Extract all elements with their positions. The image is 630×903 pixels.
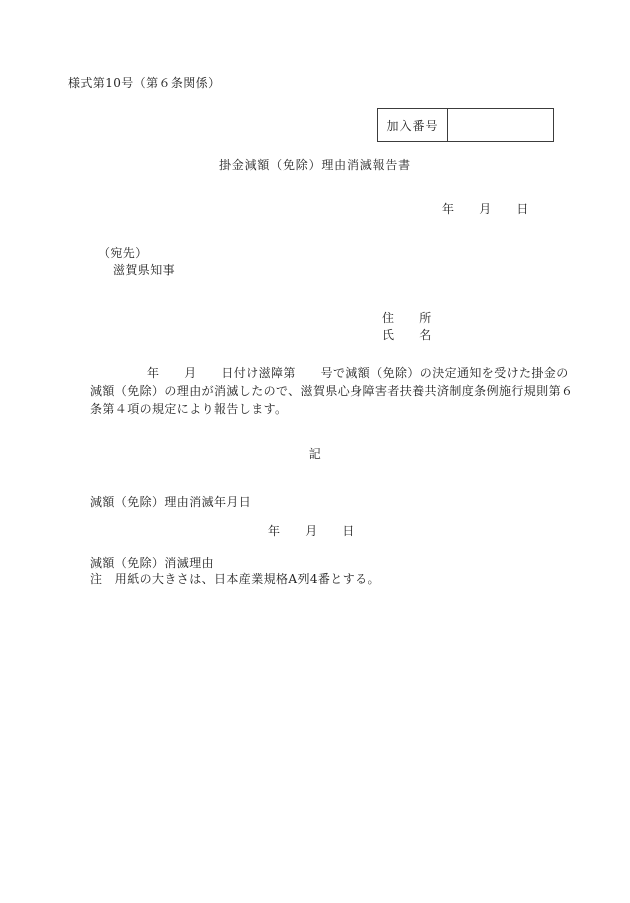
- document-page: 様式第10号（第６条関係） 加入番号 掛金減額（免除）理由消滅報告書 年 月 日…: [0, 0, 630, 903]
- form-number-label: 様式第10号（第６条関係）: [68, 76, 220, 92]
- paper-size-note: 注 用紙の大きさは、日本産業規格A列4番とする。: [90, 572, 380, 588]
- sender-name-label: 氏 名: [382, 328, 432, 344]
- expiry-date-label: 減額（免除）理由消滅年月日: [90, 495, 251, 511]
- expiry-date-line: 年 月 日: [268, 524, 355, 540]
- member-number-box: 加入番号: [377, 108, 554, 142]
- body-paragraph-line-2: 減額（免除）の理由が消滅したので、滋賀県心身障害者扶養共済制度条例施行規則第６: [90, 384, 573, 400]
- addressee-name: 滋賀県知事: [113, 263, 175, 279]
- ki-marker: 記: [0, 447, 630, 463]
- report-date-line: 年 月 日: [442, 202, 529, 218]
- extinction-reason-label: 減額（免除）消滅理由: [90, 556, 214, 572]
- addressee-prefix: （宛先）: [98, 246, 148, 262]
- member-number-label: 加入番号: [378, 109, 448, 141]
- member-number-value-cell: [448, 109, 553, 141]
- body-paragraph-line-1: 年 月 日付け滋障第 号で減額（免除）の決定通知を受けた掛金の: [147, 366, 569, 382]
- document-title: 掛金減額（免除）理由消滅報告書: [0, 158, 630, 174]
- sender-address-label: 住 所: [382, 311, 432, 327]
- body-paragraph-line-3: 条第４項の規定により報告します。: [90, 402, 287, 418]
